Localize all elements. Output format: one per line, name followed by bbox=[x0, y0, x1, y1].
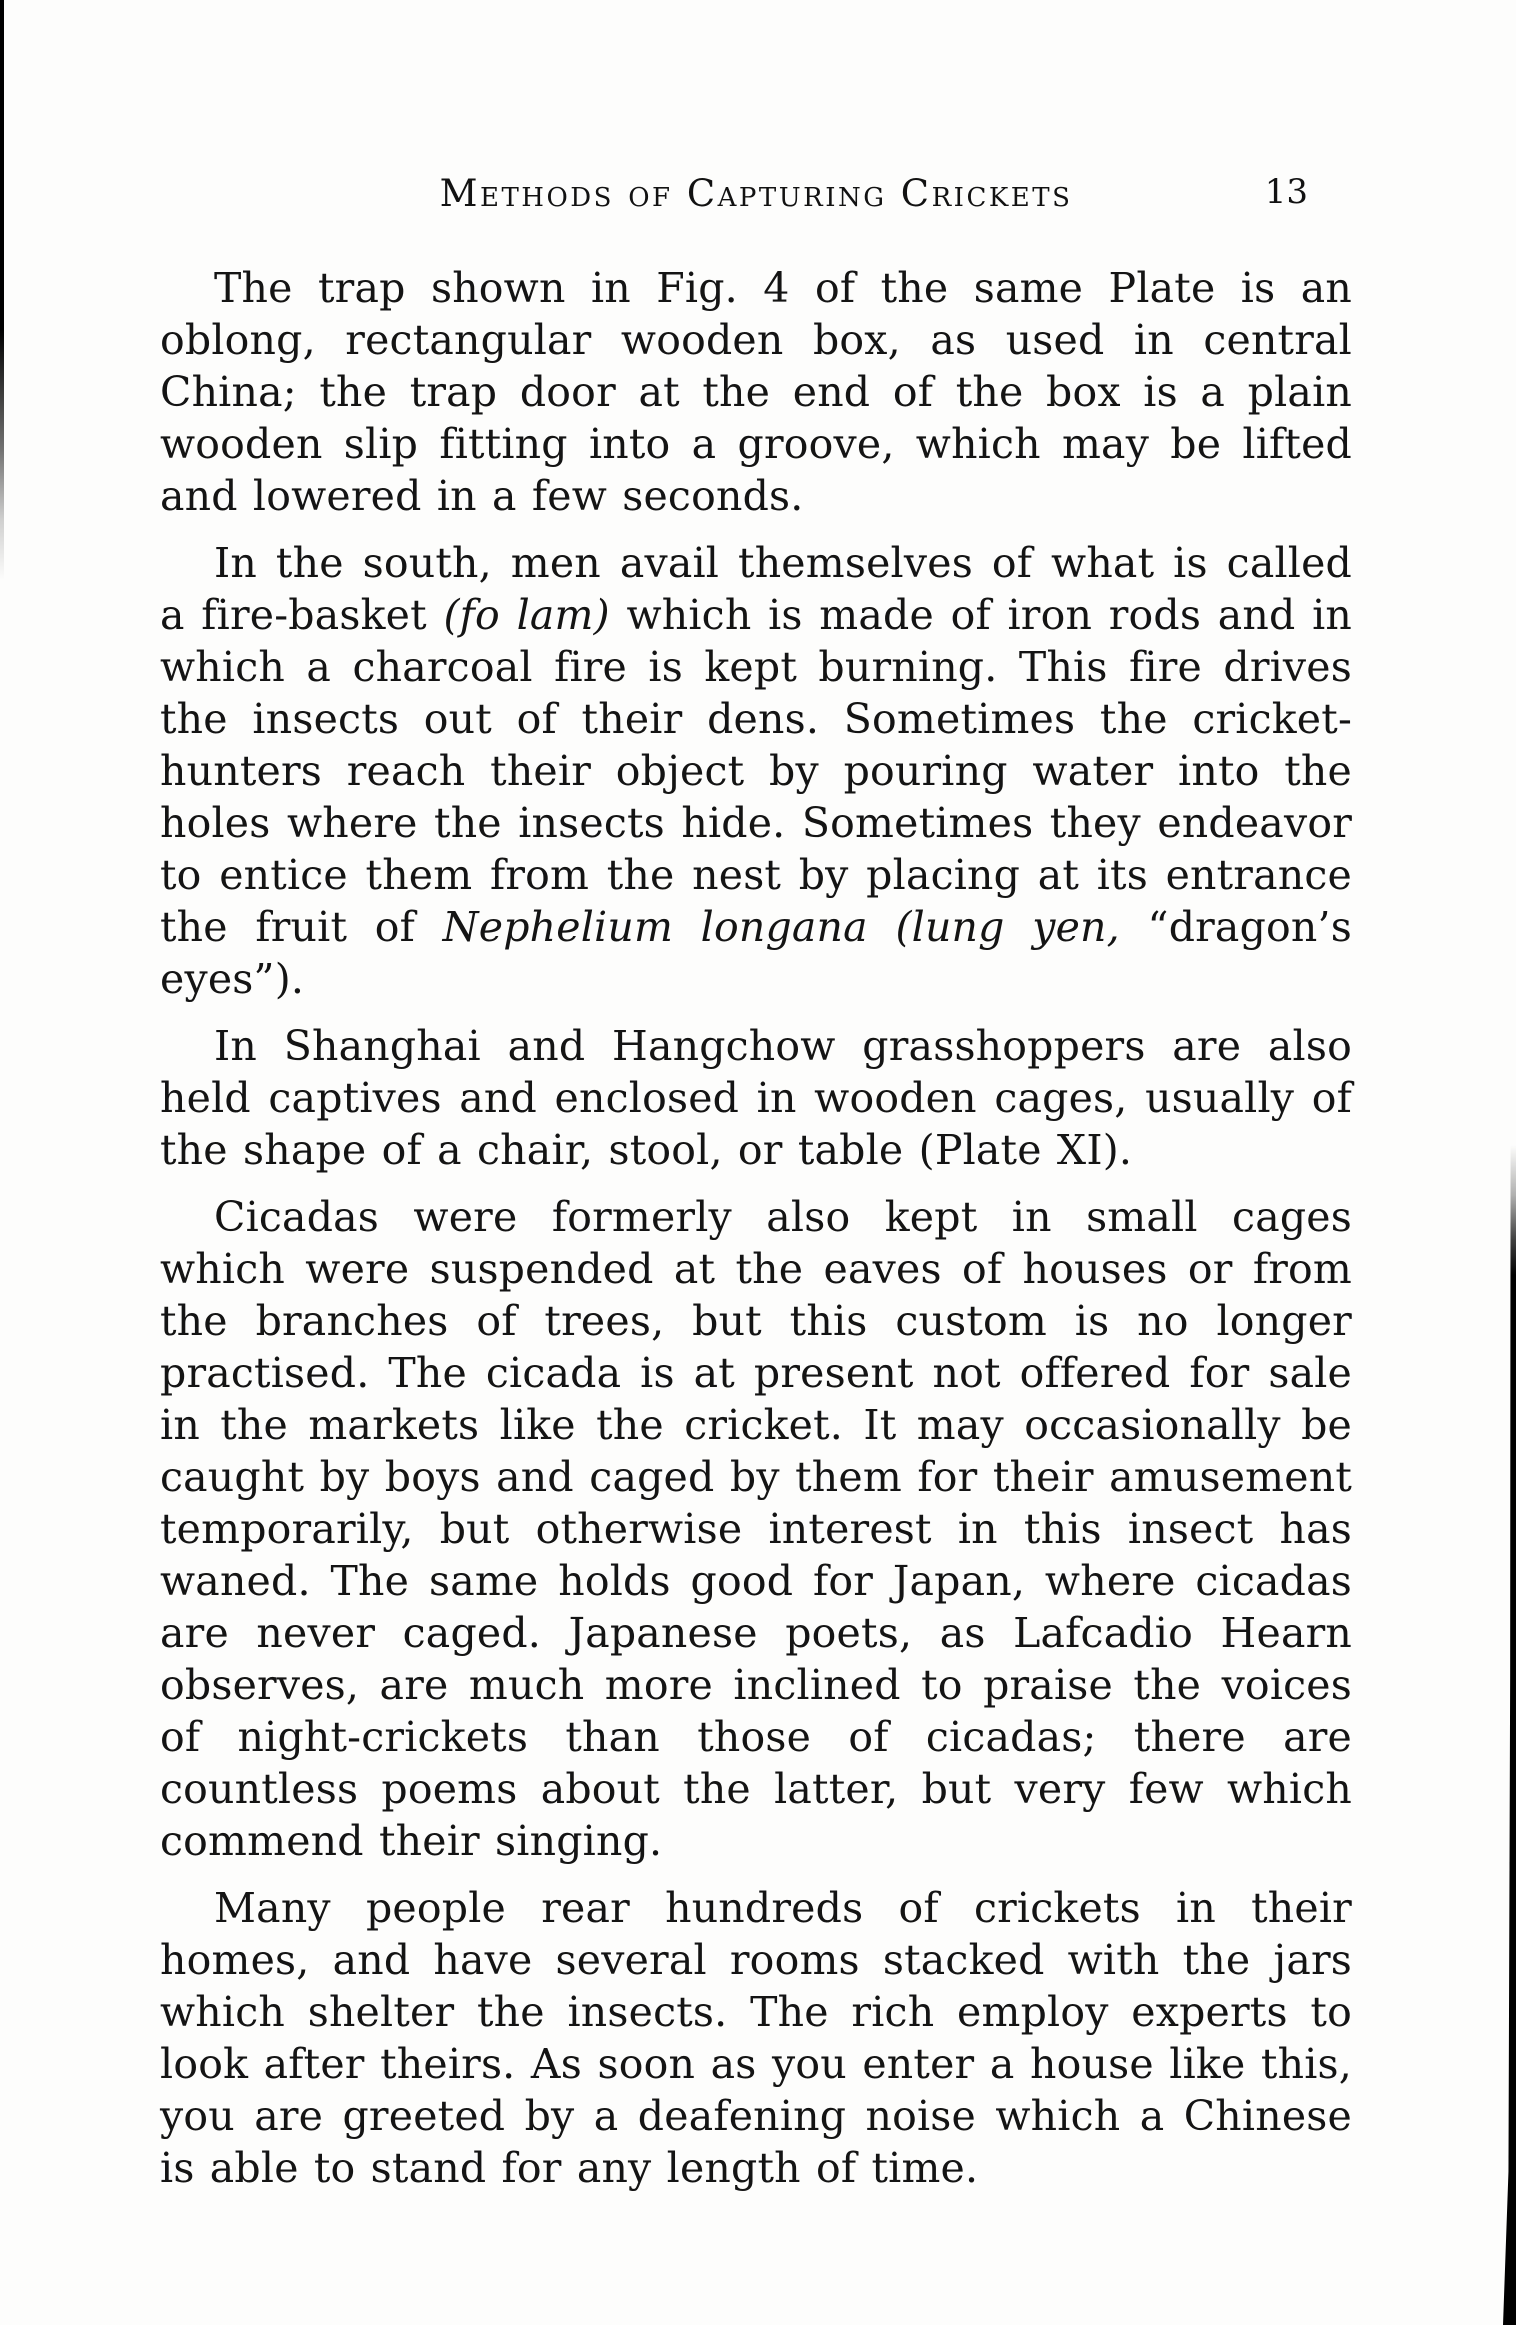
page-number: 13 bbox=[1265, 172, 1308, 212]
paragraph: Many people rear hundreds of crickets in… bbox=[160, 1882, 1352, 2194]
text-run: The trap shown in Fig. 4 of the same Pla… bbox=[160, 264, 1352, 520]
text-run bbox=[868, 903, 896, 951]
text-run: Cicadas were formerly also kept in small… bbox=[160, 1193, 1352, 1865]
scanned-book-page: Methods of Capturing Crickets 13 The tra… bbox=[0, 0, 1516, 2325]
text-run: which is made of iron rods and in which … bbox=[160, 591, 1352, 951]
page-header-title: Methods of Capturing Crickets bbox=[440, 172, 1073, 215]
text-run: Many people rear hundreds of crickets in… bbox=[160, 1884, 1352, 2192]
paragraph: Cicadas were formerly also kept in small… bbox=[160, 1191, 1352, 1867]
scan-artifact-right-edge bbox=[1503, 1145, 1516, 2325]
italic-text-run: (lung yen, bbox=[895, 903, 1119, 951]
text-block: Methods of Capturing Crickets 13 The tra… bbox=[160, 172, 1352, 2194]
paragraph: The trap shown in Fig. 4 of the same Pla… bbox=[160, 262, 1352, 522]
italic-text-run: (fo lam) bbox=[443, 591, 609, 639]
paragraph: In the south, men avail themselves of wh… bbox=[160, 537, 1352, 1005]
scan-artifact-left-edge bbox=[0, 0, 4, 580]
paragraph: In Shanghai and Hangchow grasshoppers ar… bbox=[160, 1020, 1352, 1176]
page-body: The trap shown in Fig. 4 of the same Pla… bbox=[160, 262, 1352, 2194]
running-head: Methods of Capturing Crickets 13 bbox=[160, 172, 1352, 216]
italic-text-run: Nephelium longana bbox=[443, 903, 868, 951]
text-run: In Shanghai and Hangchow grasshoppers ar… bbox=[160, 1022, 1352, 1174]
